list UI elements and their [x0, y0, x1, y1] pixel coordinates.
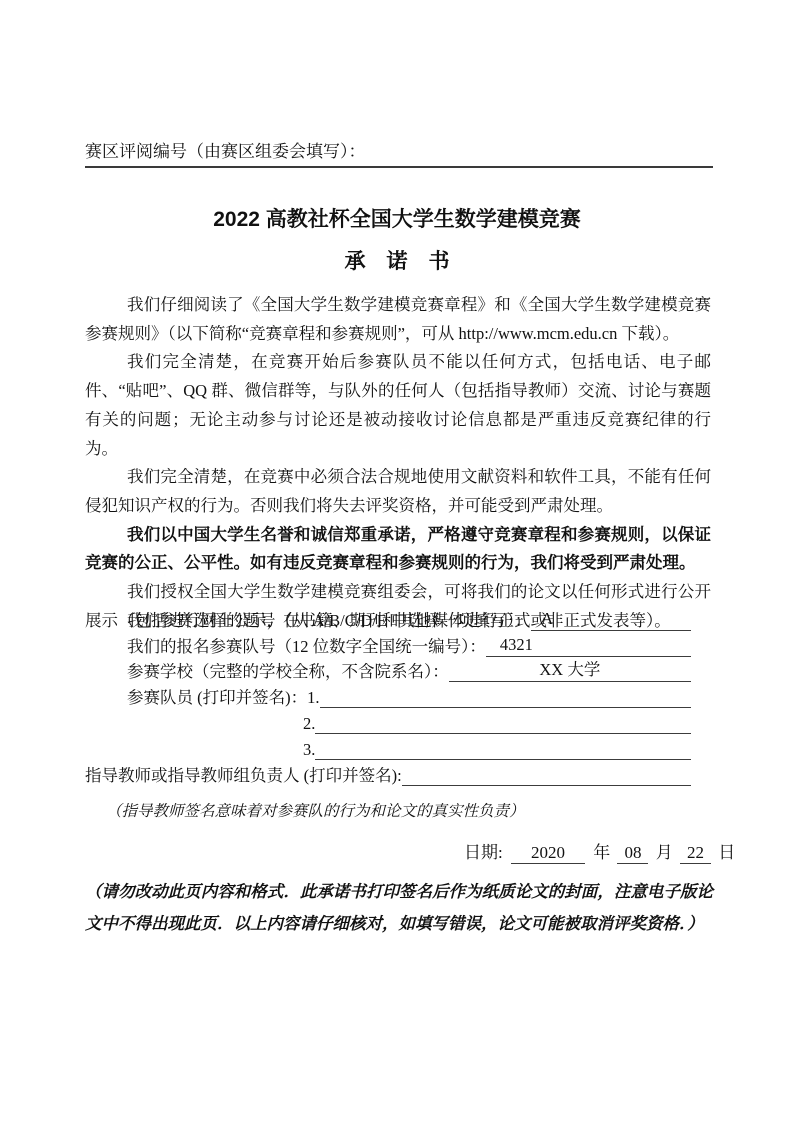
date-day-char: 日: [718, 843, 735, 862]
form-row-advisor: 指导教师或指导教师组负责人 (打印并签名):: [85, 760, 691, 786]
commitment-letter-page: 赛区评阅编号（由赛区组委会填写）： 2022 高教社杯全国大学生数学建模竞赛 承…: [0, 0, 794, 1123]
form-row-team-number: 我们的报名参赛队号（12 位数字全国统一编号）： 4321: [85, 631, 691, 657]
paragraph-ip-compliance: 我们完全清楚，在竞赛中必须合法合规地使用文献资料和软件工具，不能有任何侵犯知识产…: [85, 463, 711, 520]
date-year-char: 年: [593, 843, 610, 862]
review-number-label: 赛区评阅编号（由赛区组委会填写）：: [85, 137, 366, 162]
date-day-field: 22: [680, 843, 711, 864]
entry-form: 我们参赛选择的题号（从 A/B/C/D/E 中选择一项填写）： A 我们的报名参…: [85, 605, 691, 786]
problem-label: 我们参赛选择的题号（从 A/B/C/D/E 中选择一项填写）：: [127, 607, 531, 631]
form-row-school: 参赛学校（完整的学校全称，不含院系名）： XX 大学: [85, 657, 691, 683]
member-1-signature-field: [320, 707, 692, 708]
paragraph-no-discussion: 我们完全清楚，在竞赛开始后参赛队员不能以任何方式，包括电话、电子邮件、“贴吧”、…: [85, 348, 711, 463]
form-row-member-1: 参赛队员 (打印并签名)： 1.: [85, 682, 691, 708]
school-value-field: XX 大学: [449, 658, 691, 682]
member-2-number: 2.: [303, 714, 315, 734]
advisor-signature-field: [402, 785, 691, 786]
school-label: 参赛学校（完整的学校全称，不含院系名）：: [127, 658, 449, 682]
contest-title: 2022 高教社杯全国大学生数学建模竞赛: [0, 203, 794, 233]
team-number-label: 我们的报名参赛队号（12 位数字全国统一编号）：: [127, 633, 486, 657]
date-year-field: 2020: [511, 843, 585, 864]
form-row-member-3: 3.: [85, 734, 691, 760]
team-number-value-field: 4321: [486, 633, 691, 657]
date-label: 日期:: [464, 843, 503, 862]
member-1-number: 1.: [307, 688, 319, 708]
problem-value-field: A: [531, 607, 691, 631]
paragraph-pledge: 我们以中国大学生名誉和诚信郑重承诺，严格遵守竞赛章程和参赛规则，以保证竞赛的公正…: [85, 521, 711, 578]
member-3-signature-field: [315, 759, 691, 760]
header-rule: [85, 166, 713, 168]
form-row-member-2: 2.: [85, 708, 691, 734]
date-line: 日期: 2020 年 08 月 22 日: [464, 838, 735, 864]
member-2-signature-field: [315, 733, 691, 734]
footer-warning-note: （请勿改动此页内容和格式．此承诺书打印签名后作为纸质论文的封面，注意电子版论文中…: [85, 876, 713, 940]
paragraph-read-rules: 我们仔细阅读了《全国大学生数学建模竞赛章程》和《全国大学生数学建模竞赛参赛规则》…: [85, 291, 711, 348]
body-paragraphs: 我们仔细阅读了《全国大学生数学建模竞赛章程》和《全国大学生数学建模竞赛参赛规则》…: [85, 291, 711, 635]
date-month-field: 08: [617, 843, 648, 864]
members-label: 参赛队员 (打印并签名)：: [127, 684, 307, 708]
advisor-signature-note: （指导教师签名意味着对参赛队的行为和论文的真实性负责）: [106, 799, 525, 821]
date-month-char: 月: [656, 843, 673, 862]
form-row-problem: 我们参赛选择的题号（从 A/B/C/D/E 中选择一项填写）： A: [85, 605, 691, 631]
member-3-number: 3.: [303, 740, 315, 760]
page-subtitle: 承 诺 书: [0, 245, 794, 275]
advisor-label: 指导教师或指导教师组负责人 (打印并签名):: [85, 762, 402, 786]
